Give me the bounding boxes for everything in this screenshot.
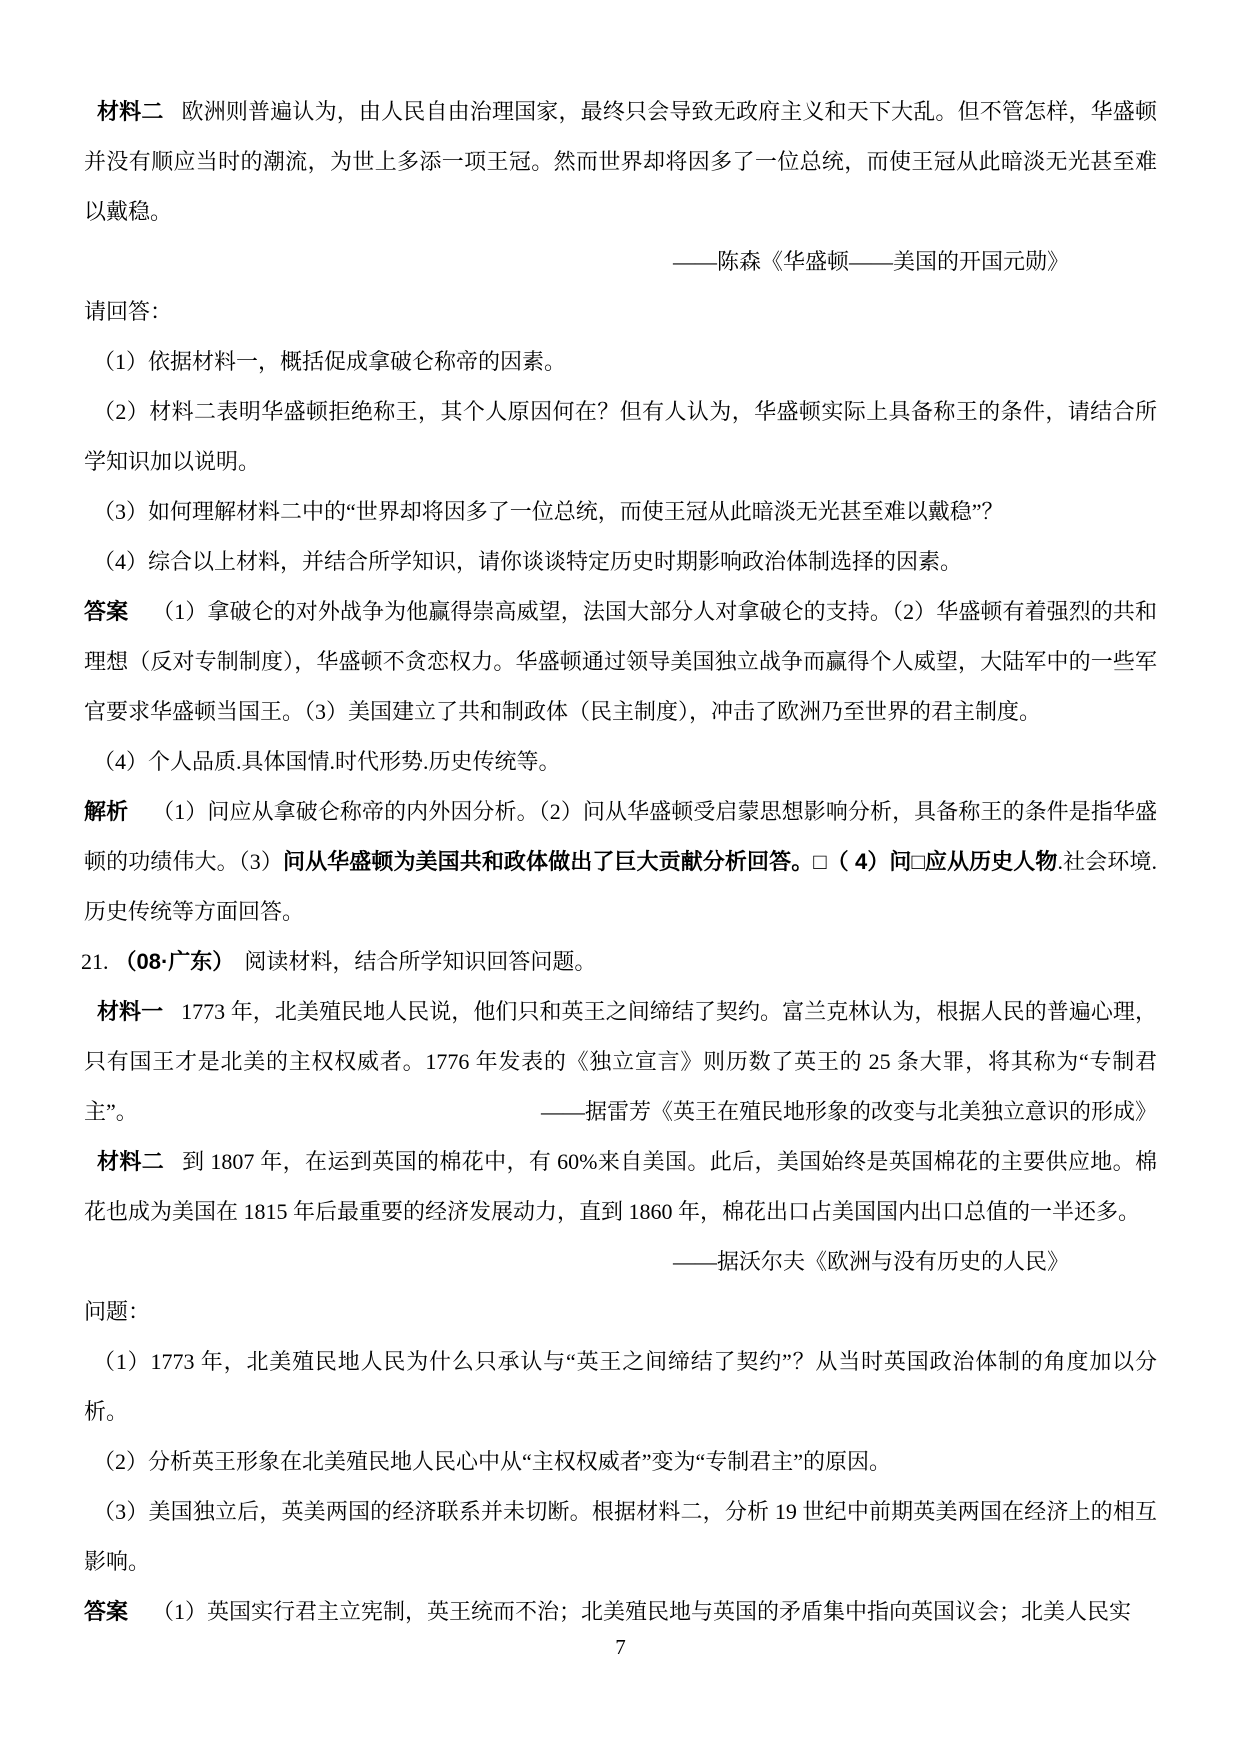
q20-answer-paragraph: 答案（1）拿破仑的对外战争为他赢得崇高威望，法国大部分人对拿破仑的支持。（2）华…: [84, 587, 1157, 737]
q21-material2-paragraph: 材料二到 1807 年，在运到英国的棉花中，有 60%来自美国。此后，美国始终是…: [84, 1137, 1157, 1237]
q20-answer-label: 答案: [84, 599, 128, 624]
q21-intro: 阅读材料，结合所学知识回答问题。: [244, 949, 596, 974]
q21-prompt: 问题：: [84, 1287, 1157, 1337]
q21-material2-source: ——据沃尔夫《欧洲与没有历史的人民》: [84, 1237, 1157, 1287]
q20-analysis-text-bold: 问从华盛顿为美国共和政体做出了巨大贡献分析回答。□（ 4）问□应从历史人物: [283, 849, 1058, 874]
q20-material2-label: 材料二: [97, 99, 164, 124]
q21-heading: 21.（08·广东）阅读材料，结合所学知识回答问题。: [84, 937, 1157, 987]
q21-question-1: （1）1773 年，北美殖民地人民为什么只承认与“英王之间缔结了契约”？从当时英…: [84, 1337, 1157, 1437]
q21-answer-text: （1）英国实行君主立宪制，英王统而不治；北美殖民地与英国的矛盾集中指向英国议会；…: [152, 1599, 1131, 1624]
q20-answer-text2: （4）个人品质.具体国情.时代形势.历史传统等。: [84, 737, 1157, 787]
q21-material1-label: 材料一: [97, 999, 163, 1024]
q21-answer-label: 答案: [84, 1599, 128, 1624]
q20-analysis-label: 解析: [84, 799, 128, 824]
q21-material2-label: 材料二: [97, 1149, 164, 1174]
q21-answer-paragraph: 答案（1）英国实行君主立宪制，英王统而不治；北美殖民地与英国的矛盾集中指向英国议…: [84, 1587, 1157, 1637]
q21-source-tag: （08·广东）: [115, 949, 235, 974]
q21-number: 21.: [81, 949, 109, 974]
q20-answer-text: （1）拿破仑的对外战争为他赢得崇高威望，法国大部分人对拿破仑的支持。（2）华盛顿…: [84, 599, 1157, 724]
document-page: 材料二欧洲则普遍认为，由人民自由治理国家，最终只会导致无政府主义和天下大乱。但不…: [0, 0, 1241, 1754]
q20-question-4: （4）综合以上材料，并结合所学知识，请你谈谈特定历史时期影响政治体制选择的因素。: [84, 537, 1157, 587]
q21-material1-paragraph: 材料一1773 年，北美殖民地人民说，他们只和英王之间缔结了契约。富兰克林认为，…: [84, 987, 1157, 1137]
q21-question-2: （2）分析英王形象在北美殖民地人民心中从“主权权威者”变为“专制君主”的原因。: [84, 1437, 1157, 1487]
q21-material1-source: ——据雷芳《英王在殖民地形象的改变与北美独立意识的形成》: [528, 1087, 1157, 1137]
q20-prompt: 请回答：: [84, 287, 1157, 337]
q20-question-3: （3）如何理解材料二中的“世界却将因多了一位总统，而使王冠从此暗淡无光甚至难以戴…: [84, 487, 1157, 537]
q20-material2-paragraph: 材料二欧洲则普遍认为，由人民自由治理国家，最终只会导致无政府主义和天下大乱。但不…: [84, 87, 1157, 237]
q21-material2-text: 到 1807 年，在运到英国的棉花中，有 60%来自美国。此后，美国始终是英国棉…: [84, 1149, 1157, 1224]
page-number: 7: [0, 1635, 1241, 1659]
q20-material2-source: ——陈森《华盛顿——美国的开国元勋》: [84, 237, 1157, 287]
q20-question-1: （1）依据材料一，概括促成拿破仑称帝的因素。: [84, 337, 1157, 387]
q21-question-3: （3）美国独立后，英美两国的经济联系并未切断。根据材料二，分析 19 世纪中前期…: [84, 1487, 1157, 1587]
q20-question-2: （2）材料二表明华盛顿拒绝称王，其个人原因何在？但有人认为，华盛顿实际上具备称王…: [84, 387, 1157, 487]
q20-material2-text: 欧洲则普遍认为，由人民自由治理国家，最终只会导致无政府主义和天下大乱。但不管怎样…: [84, 99, 1157, 224]
q20-analysis-paragraph: 解析（1）问应从拿破仑称帝的内外因分析。（2）问从华盛顿受启蒙思想影响分析，具备…: [84, 787, 1157, 937]
page-content: 材料二欧洲则普遍认为，由人民自由治理国家，最终只会导致无政府主义和天下大乱。但不…: [0, 0, 1241, 1637]
